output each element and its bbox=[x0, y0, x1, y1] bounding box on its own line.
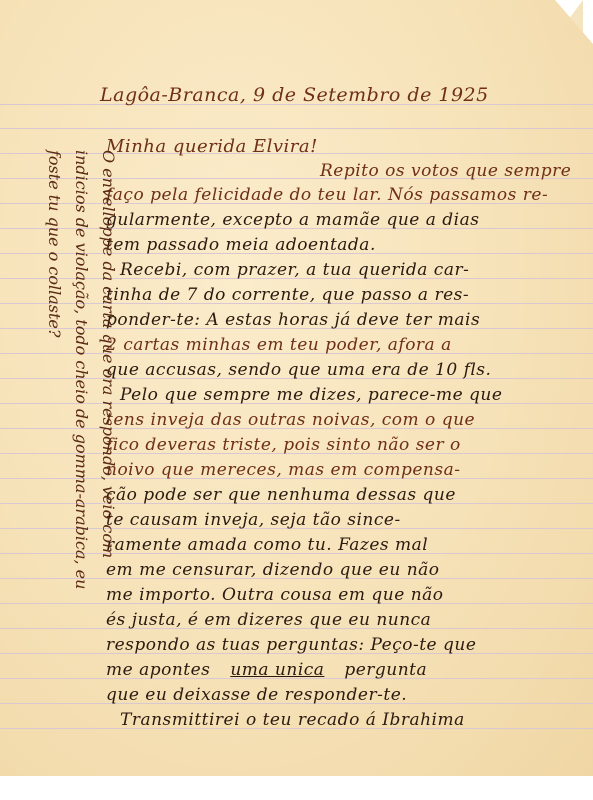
body-line: gularmente, excepto a mamãe que a dias bbox=[106, 210, 479, 230]
ruled-line bbox=[0, 128, 593, 129]
body-line: Pelo que sempre me dizes, parece-me que bbox=[120, 385, 502, 405]
body-line: noivo que mereces, mas em compensa- bbox=[106, 460, 460, 480]
body-line: te causam inveja, seja tão since- bbox=[106, 510, 401, 530]
body-line: Repito os votos que sempre bbox=[320, 161, 571, 181]
body-line: Recebi, com prazer, a tua querida car- bbox=[120, 260, 469, 280]
body-text: pergunta bbox=[344, 660, 427, 680]
body-line: ção pode ser que nenhuma dessas que bbox=[106, 485, 456, 505]
folded-corner-flap bbox=[553, 0, 583, 40]
body-line: em me censurar, dizendo que eu não bbox=[106, 560, 440, 580]
body-line: és justa, é em dizeres que eu nunca bbox=[106, 610, 431, 630]
body-line: que accusas, sendo que uma era de 10 fls… bbox=[106, 360, 491, 380]
salutation: Minha querida Elvira! bbox=[106, 136, 318, 157]
margin-note-line: O envelloppe da carta que ora respondo, … bbox=[95, 150, 122, 750]
body-line: tens inveja das outras noivas, com o que bbox=[106, 410, 475, 430]
body-line: respondo as tuas perguntas: Peço-te que bbox=[106, 635, 476, 655]
margin-note-line: indicios de violação, todo cheio de gomm… bbox=[68, 150, 95, 750]
margin-note: O envelloppe da carta que ora respondo, … bbox=[32, 150, 122, 750]
body-line: me apontes uma unica pergunta bbox=[106, 660, 427, 680]
body-line: ponder-te: A estas horas já deve ter mai… bbox=[106, 310, 480, 330]
body-line: fico deveras triste, pois sinto não ser … bbox=[106, 435, 461, 455]
body-line: ramente amada como tu. Fazes mal bbox=[106, 535, 428, 555]
letter-page: Lagôa-Branca, 9 de Setembro de 1925 Minh… bbox=[0, 0, 593, 776]
margin-note-line: foste tu que o collaste? bbox=[41, 150, 68, 750]
underlined-text: uma unica bbox=[230, 660, 324, 680]
body-line: faço pela felicidade do teu lar. Nós pas… bbox=[106, 185, 548, 205]
body-line: tinha de 7 do corrente, que passo a res- bbox=[106, 285, 469, 305]
body-line: que eu deixasse de responder-te. bbox=[106, 685, 407, 705]
body-line: Transmittirei o teu recado á Ibrahima bbox=[120, 710, 465, 730]
body-line: 2 cartas minhas em teu poder, afora a bbox=[106, 335, 452, 355]
body-line: me importo. Outra cousa em que não bbox=[106, 585, 444, 605]
place-date: Lagôa-Branca, 9 de Setembro de 1925 bbox=[100, 84, 489, 106]
body-line: tem passado meia adoentada. bbox=[106, 235, 376, 255]
